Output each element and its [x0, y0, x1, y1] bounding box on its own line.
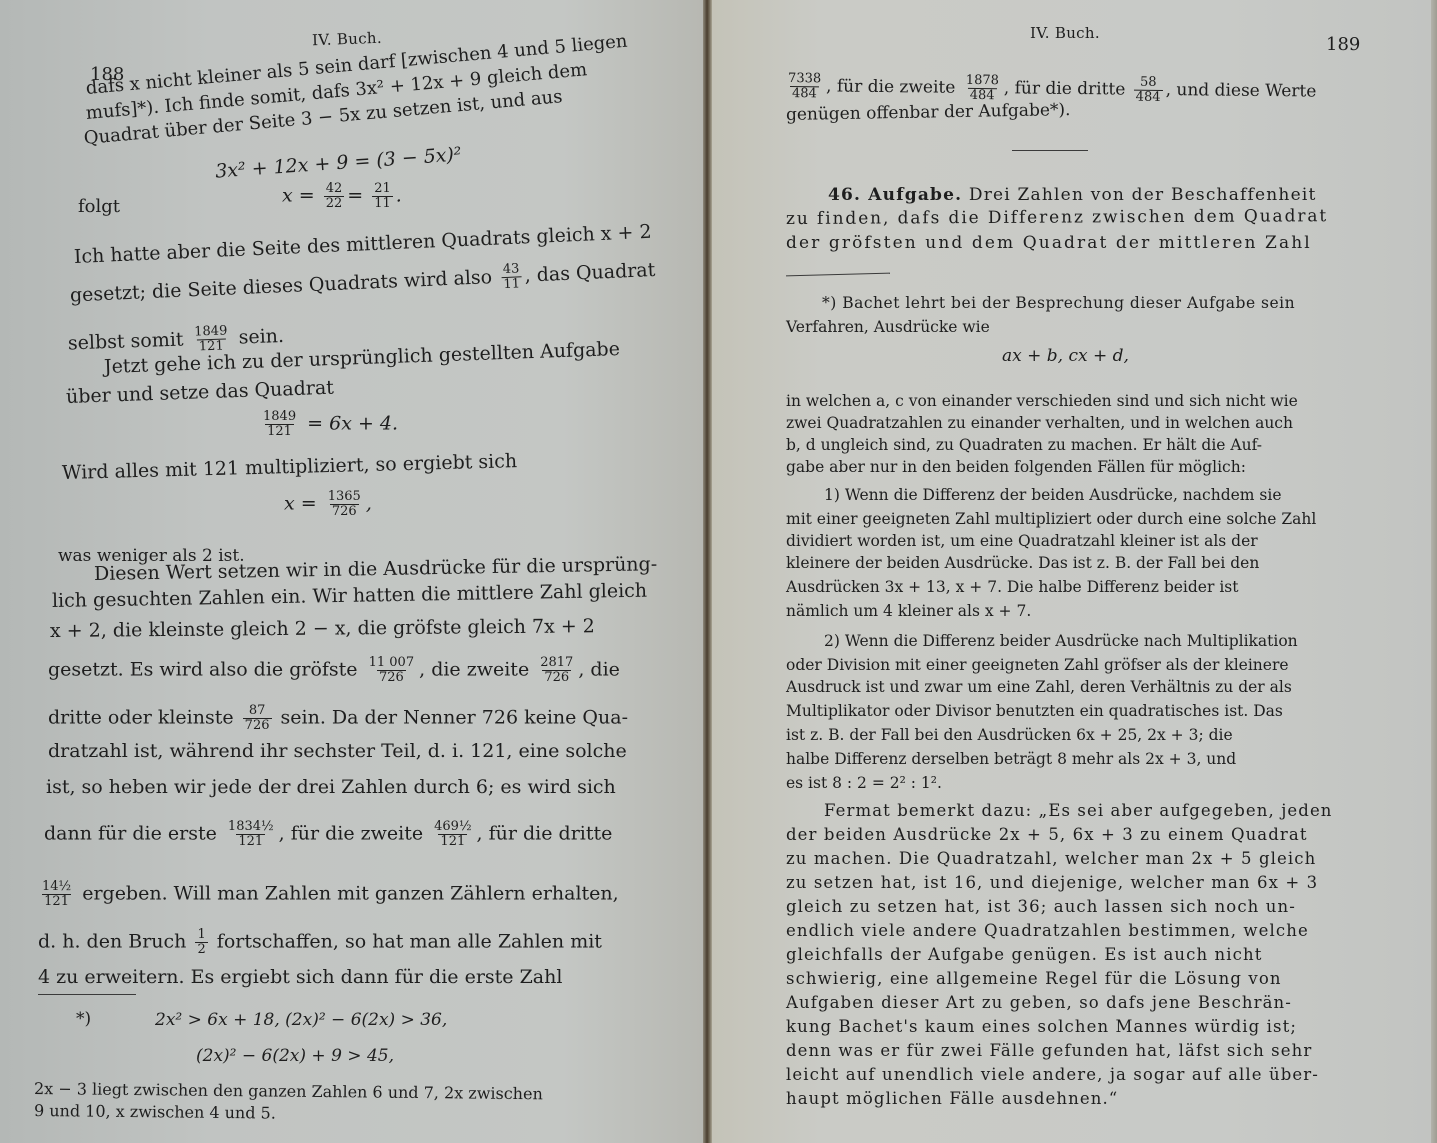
right-page: IV. Buch. 189 7338484, für die zweite 18…: [712, 0, 1437, 1143]
footnote-line: gabe aber nur in den beiden folgenden Fä…: [786, 456, 1246, 478]
footnote-line: kung Bachet's kaum eines solchen Mannes …: [786, 1016, 1297, 1038]
footnote-line: schwierig, eine allgemeine Regel für die…: [786, 968, 1282, 990]
text-line: über und setze das Quadrat: [66, 377, 335, 408]
text-line: 4 zu erweitern. Es ergiebt sich dann für…: [38, 966, 562, 988]
text-line: gesetzt; die Seite dieses Quadrats wird …: [69, 256, 656, 311]
text-line: dann für die erste 1834½121, für die zwe…: [44, 820, 612, 849]
footnote-line: Verfahren, Ausdrücke wie: [786, 316, 990, 338]
problem-heading: 46. Aufgabe. Drei Zahlen von der Beschaf…: [828, 184, 1317, 206]
left-page: IV. Buch. 188 dafs x nicht kleiner als 5…: [0, 0, 703, 1143]
footnote-equation: 2x² > 6x + 18, (2x)² − 6(2x) > 36,: [155, 1010, 447, 1030]
equation: x = 1365726,: [284, 490, 372, 519]
footnote-line: *) Bachet lehrt bei der Besprechung dies…: [822, 292, 1295, 314]
section-rule: [1012, 150, 1088, 151]
text-line: x + 2, die kleinste gleich 2 − x, die gr…: [50, 615, 595, 642]
footnote-line: Ausdrücken 3x + 13, x + 7. Die halbe Dif…: [786, 576, 1238, 598]
footnote-line: 1) Wenn die Differenz der beiden Ausdrüc…: [824, 484, 1282, 506]
page-number: 189: [1326, 34, 1360, 55]
footnote-rule: [38, 994, 136, 995]
footnote-line: Ausdruck ist und zwar um eine Zahl, dere…: [786, 676, 1292, 698]
text-line: zu finden, dafs die Differenz zwischen d…: [786, 205, 1328, 230]
footnote-line: 2) Wenn die Differenz beider Ausdrücke n…: [824, 630, 1298, 652]
text-line: Wird alles mit 121 multipliziert, so erg…: [62, 450, 518, 484]
running-head: IV. Buch.: [1030, 24, 1100, 42]
text-line: dritte oder kleinste 87726 sein. Da der …: [48, 704, 628, 733]
page-edge: [1431, 0, 1437, 1143]
footnote-line: gleichfalls der Aufgabe genügen. Es ist …: [786, 944, 1262, 966]
equation: 1849121 = 6x + 4.: [258, 410, 398, 439]
footnote-marker: *): [76, 1008, 91, 1030]
text-line: 14½121 ergeben. Will man Zahlen mit ganz…: [40, 880, 619, 909]
footnote-line: dividiert worden ist, um eine Quadratzah…: [786, 530, 1258, 552]
footnote-line: Multiplikator oder Divisor benutzten ein…: [786, 700, 1283, 722]
footnote-line: in welchen a, c von einander verschieden…: [786, 390, 1298, 412]
text-line: lich gesuchten Zahlen ein. Wir hatten di…: [52, 580, 647, 612]
footnote-line: kleinere der beiden Ausdrücke. Das ist z…: [786, 552, 1259, 574]
footnote-line: es ist 8 : 2 = 2² : 1².: [786, 772, 942, 794]
footnote-equation: (2x)² − 6(2x) + 9 > 45,: [196, 1046, 394, 1066]
footnote-line: haupt möglichen Fälle ausdehnen.“: [786, 1088, 1118, 1110]
book-gutter: [703, 0, 712, 1143]
footnote-line: zu machen. Die Quadratzahl, welcher man …: [786, 848, 1316, 870]
footnote-line: zwei Quadratzahlen zu einander verhalten…: [786, 412, 1293, 434]
footnote-line: oder Division mit einer geeigneten Zahl …: [786, 654, 1289, 676]
text-line: gesetzt. Es wird also die gröfste 11 007…: [48, 656, 620, 685]
text-line: dratzahl ist, während ihr sechster Teil,…: [48, 740, 627, 762]
footnote-line: b, d ungleich sind, zu Quadraten zu mach…: [786, 434, 1262, 456]
footnote-line: Aufgaben dieser Art zu geben, so dafs je…: [786, 992, 1292, 1014]
book-spread: IV. Buch. 188 dafs x nicht kleiner als 5…: [0, 0, 1437, 1143]
footnote-line: halbe Differenz derselben beträgt 8 mehr…: [786, 748, 1236, 770]
equation: x = 4222= 2111.: [282, 182, 402, 211]
equation: 3x² + 12x + 9 = (3 − 5x)²: [215, 143, 463, 182]
text-line: folgt: [78, 196, 120, 218]
text-line: ist, so heben wir jede der drei Zahlen d…: [46, 776, 616, 798]
text-line: der gröfsten und dem Quadrat der mittler…: [786, 232, 1312, 254]
footnote-rule: [786, 273, 890, 277]
footnote-line: denn was er für zwei Fälle gefunden hat,…: [786, 1040, 1312, 1062]
footnote-line: endlich viele andere Quadratzahlen besti…: [786, 920, 1309, 942]
footnote-line: mit einer geeigneten Zahl multipliziert …: [786, 508, 1316, 530]
running-head: IV. Buch.: [312, 29, 382, 49]
footnote-line: gleich zu setzen hat, ist 36; auch lasse…: [786, 896, 1296, 918]
text-line: d. h. den Bruch 12 fortschaffen, so hat …: [38, 928, 602, 957]
text-line: genügen offenbar der Aufgabe*).: [786, 99, 1071, 126]
footnote-line: Fermat bemerkt dazu: „Es sei aber aufgeg…: [824, 800, 1333, 822]
footnote-line: ist z. B. der Fall bei den Ausdrücken 6x…: [786, 724, 1233, 746]
footnote-line: zu setzen hat, ist 16, und diejenige, we…: [786, 872, 1318, 894]
footnote-line: leicht auf unendlich viele andere, ja so…: [786, 1064, 1319, 1086]
footnote-equation: ax + b, cx + d,: [1002, 346, 1129, 366]
footnote-line: 9 und 10, x zwischen 4 und 5.: [34, 1100, 276, 1125]
footnote-line: der beiden Ausdrücke 2x + 5, 6x + 3 zu e…: [786, 824, 1308, 846]
footnote-line: nämlich um 4 kleiner als x + 7.: [786, 600, 1031, 622]
